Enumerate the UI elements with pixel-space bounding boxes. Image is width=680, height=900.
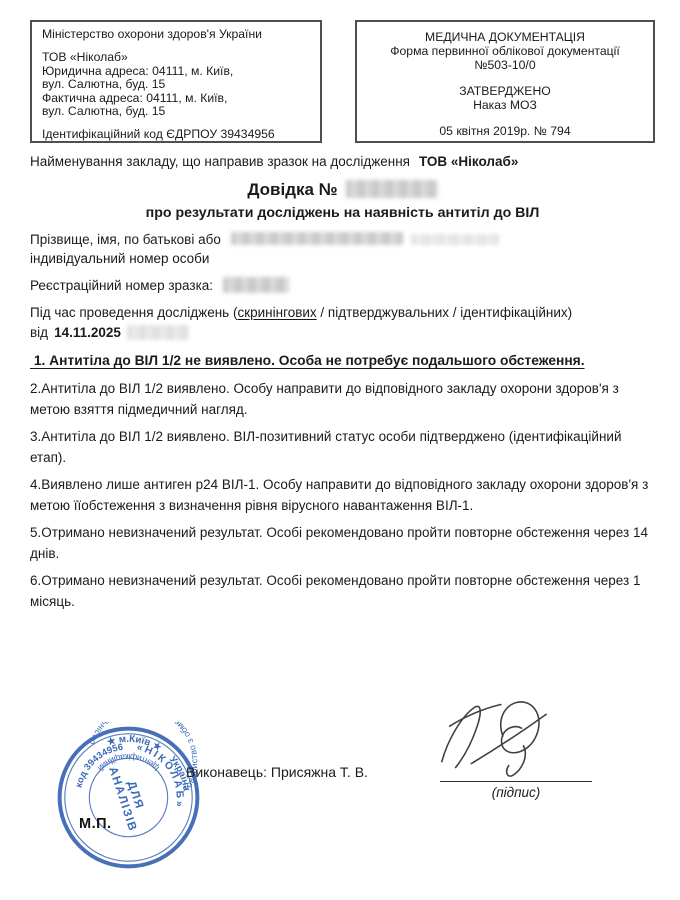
document-header: Міністерство охорони здоров'я України ТО… bbox=[30, 20, 655, 143]
redacted-date-tail bbox=[127, 325, 189, 340]
edrpou-code: Ідентифікаційний код ЄДРПОУ 39434956 bbox=[42, 128, 310, 141]
result-item-selected: 1. Антитіла до ВІЛ 1/2 не виявлено. Особ… bbox=[30, 351, 655, 371]
result-item: 5.Отримано невизначений результат. Особі… bbox=[30, 522, 655, 564]
nikolab-round-stamp: ★ м.Київ ★ Україна Товариство з обмежено… bbox=[52, 722, 205, 873]
result-item: 6.Отримано невизначений результат. Особі… bbox=[30, 570, 655, 612]
research-type-line: Під час проведення досліджень (скринінго… bbox=[30, 303, 655, 323]
order-label: Наказ МОЗ bbox=[365, 98, 645, 112]
seal-place-note: М.П. bbox=[79, 816, 112, 832]
actual-address-line2: вул. Салютна, буд. 15 bbox=[42, 105, 310, 118]
signature-caption: (підпис) bbox=[440, 785, 592, 800]
certificate-subtitle: про результати досліджень на наявність а… bbox=[30, 204, 655, 223]
person-label-line1: Прізвище, імя, по батькові або bbox=[30, 230, 655, 249]
issuer-info-box: Міністерство охорони здоров'я України ТО… bbox=[30, 20, 322, 143]
redacted-sample-number bbox=[223, 277, 289, 293]
research-date: 14.11.2025 bbox=[54, 325, 121, 340]
ministry-line: Міністерство охорони здоров'я України bbox=[42, 28, 310, 41]
legal-address-line2: вул. Салютна, буд. 15 bbox=[42, 78, 310, 91]
actual-address-line1: Фактична адреса: 04111, м. Київ, bbox=[42, 92, 310, 105]
redacted-person-name bbox=[231, 232, 403, 245]
registration-number-line: Реєстраційний номер зразка: bbox=[30, 276, 655, 295]
executor-line: Виконавець: Присяжна Т. В. bbox=[186, 764, 368, 780]
redacted-person-name-tail bbox=[411, 234, 499, 245]
approved-label: ЗАТВЕРДЖЕНО bbox=[365, 84, 645, 98]
certificate-title: Довідка № bbox=[30, 179, 655, 201]
person-label-line2: індивідуальний номер особи bbox=[30, 249, 655, 268]
form-info-box: МЕДИЧНА ДОКУМЕНТАЦІЯ Форма первинної обл… bbox=[355, 20, 655, 143]
order-date: 05 квітня 2019р. № 794 bbox=[365, 124, 645, 138]
screening-underlined: скринінгових bbox=[237, 305, 316, 320]
form-number: №503-10/0 bbox=[365, 58, 645, 72]
research-block: Під час проведення досліджень (скринінго… bbox=[30, 303, 655, 342]
person-block: Прізвище, імя, по батькові або індивідуа… bbox=[30, 230, 655, 268]
result-item: 3.Антитіла до ВІЛ 1/2 виявлено. ВІЛ-пози… bbox=[30, 426, 655, 468]
signature-scribble bbox=[428, 692, 556, 782]
research-date-line: від14.11.2025 bbox=[30, 323, 655, 343]
medical-certificate-document: Міністерство охорони здоров'я України ТО… bbox=[0, 0, 680, 900]
redacted-certificate-number bbox=[346, 180, 438, 198]
sender-label: Найменування закладу, що направив зразок… bbox=[30, 154, 410, 169]
form-line1: Форма первинної облікової документації bbox=[365, 44, 645, 58]
result-item: 4.Виявлено лише антиген р24 ВІЛ-1. Особу… bbox=[30, 474, 655, 516]
sender-value: ТОВ «Ніколаб» bbox=[419, 154, 518, 169]
doc-type: МЕДИЧНА ДОКУМЕНТАЦІЯ bbox=[365, 30, 645, 44]
result-item: 2.Антитіла до ВІЛ 1/2 виявлено. Особу на… bbox=[30, 378, 655, 420]
sender-line: Найменування закладу, що направив зразок… bbox=[30, 152, 655, 171]
legal-address-line1: Юридична адреса: 04111, м. Київ, bbox=[42, 65, 310, 78]
results-list: 1. Антитіла до ВІЛ 1/2 не виявлено. Особ… bbox=[30, 351, 655, 612]
document-body: Найменування закладу, що направив зразок… bbox=[30, 152, 655, 612]
org-name: ТОВ «Ніколаб» bbox=[42, 51, 310, 64]
stamp-center-text: ДЛЯ АНАЛІЗІВ bbox=[106, 761, 152, 833]
